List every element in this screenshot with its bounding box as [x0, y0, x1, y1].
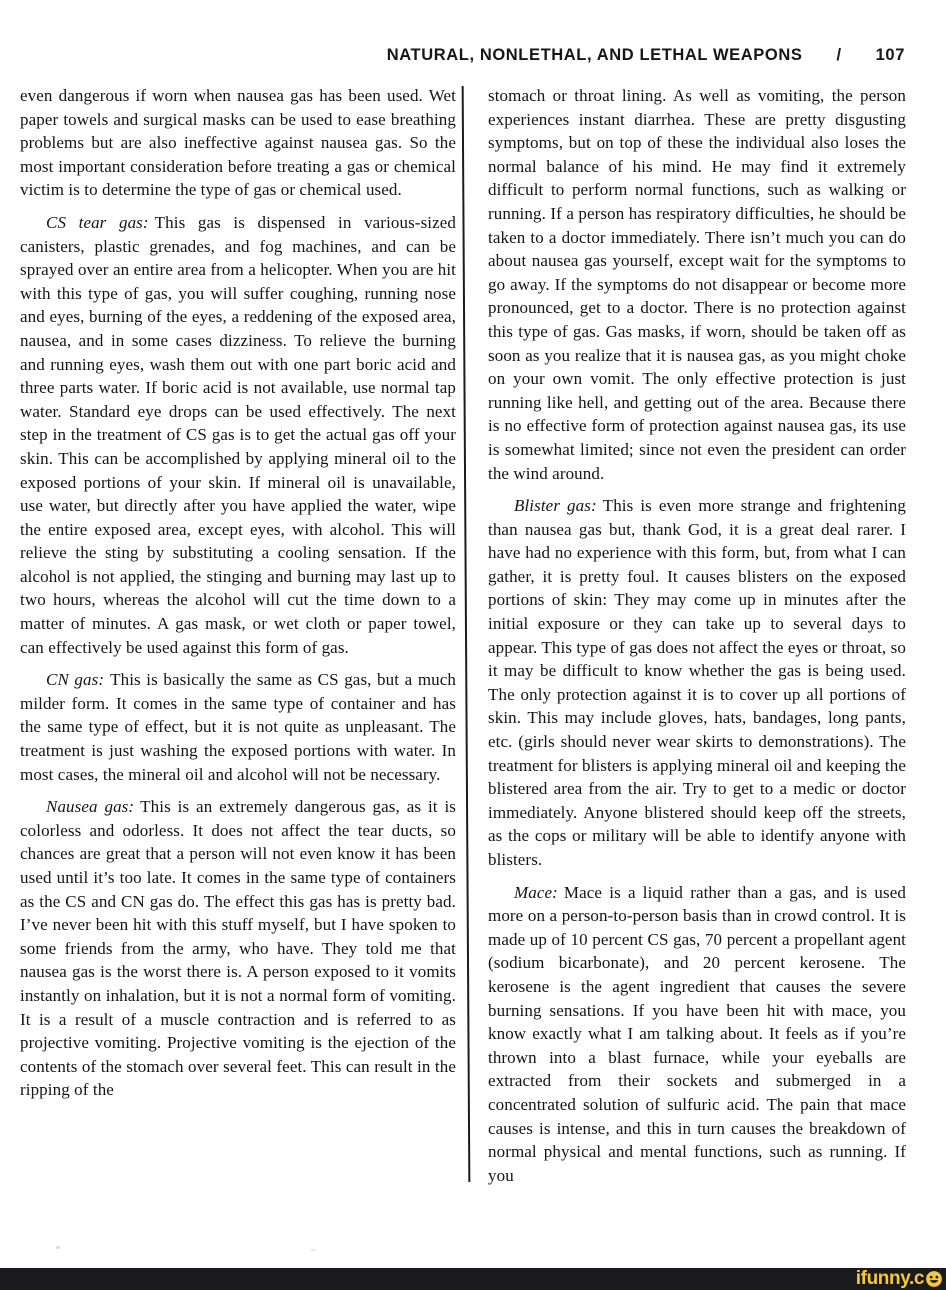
paragraph-lead: CS tear gas:: [46, 213, 149, 232]
paragraph-blister-gas: Blister gas:This is even more strange an…: [488, 494, 906, 872]
right-column: stomach or throat lining. As well as vom…: [488, 84, 906, 1187]
paragraph-continuation-stomach: stomach or throat lining. As well as vom…: [488, 84, 906, 485]
scan-artifact: [56, 1246, 60, 1249]
paragraph-lead: Blister gas:: [514, 496, 597, 515]
running-head: NATURAL, NONLETHAL, AND LETHAL WEAPONS /…: [387, 46, 905, 65]
left-column: even dangerous if worn when nausea gas h…: [20, 84, 456, 1102]
paragraph-text: This gas is dispensed in various-sized c…: [20, 213, 456, 657]
paragraph-text: Mace is a liquid rather than a gas, and …: [488, 883, 906, 1185]
paragraph-text: even dangerous if worn when nausea gas h…: [20, 86, 456, 199]
paragraph-continuation-nausea-masks: even dangerous if worn when nausea gas h…: [20, 84, 456, 202]
page-number: 107: [876, 46, 905, 65]
running-head-title: NATURAL, NONLETHAL, AND LETHAL WEAPONS: [387, 46, 803, 65]
header-separator: /: [836, 46, 841, 65]
paragraph-cn-gas: CN gas:This is basically the same as CS …: [20, 668, 456, 786]
smiley-o-icon: [925, 1270, 943, 1288]
paragraph-text: stomach or throat lining. As well as vom…: [488, 86, 906, 483]
paragraph-nausea-gas: Nausea gas:This is an extremely dangerou…: [20, 795, 456, 1102]
paragraph-lead: CN gas:: [46, 670, 104, 689]
paragraph-text: This is an extremely dangerous gas, as i…: [20, 797, 456, 1099]
column-divider-rule: [462, 86, 471, 1182]
paragraph-text: This is even more strange and frightenin…: [488, 496, 906, 869]
paragraph-mace: Mace:Mace is a liquid rather than a gas,…: [488, 881, 906, 1188]
ifunny-watermark-bar: ifunny.c: [0, 1268, 946, 1290]
paragraph-lead: Nausea gas:: [46, 797, 134, 816]
ifunny-logo: ifunny.c: [856, 1268, 946, 1290]
ifunny-logo-text: ifunny.c: [856, 1268, 924, 1290]
book-page-scan: NATURAL, NONLETHAL, AND LETHAL WEAPONS /…: [0, 0, 946, 1290]
paragraph-lead: Mace:: [514, 883, 558, 902]
scan-artifact: [310, 1249, 316, 1251]
paragraph-cs-tear-gas: CS tear gas:This gas is dispensed in var…: [20, 211, 456, 659]
